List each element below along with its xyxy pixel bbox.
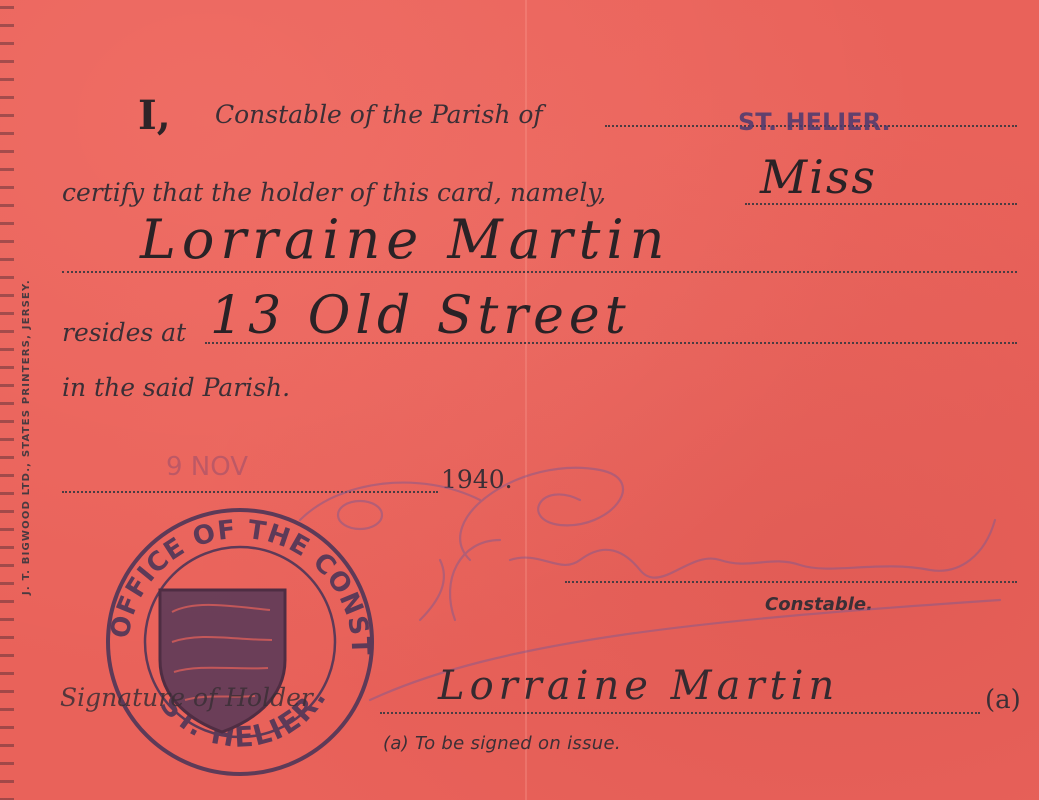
holder-signature-line xyxy=(380,712,980,714)
holder-signature: Lorraine Martin xyxy=(438,663,839,709)
residence-card: J. T. BIGWOOD LTD., STATES PRINTERS, JER… xyxy=(0,0,1039,800)
signature-marker: (a) xyxy=(985,685,1021,715)
svg-text:OFFICE OF THE CONSTABLE OF: OFFICE OF THE CONSTABLE OF xyxy=(0,0,375,656)
footnote: (a) To be signed on issue. xyxy=(383,733,621,754)
seal-outer-text: OFFICE OF THE CONSTABLE OF xyxy=(0,0,375,656)
signature-of-holder-label: Signature of Holder xyxy=(60,683,313,712)
